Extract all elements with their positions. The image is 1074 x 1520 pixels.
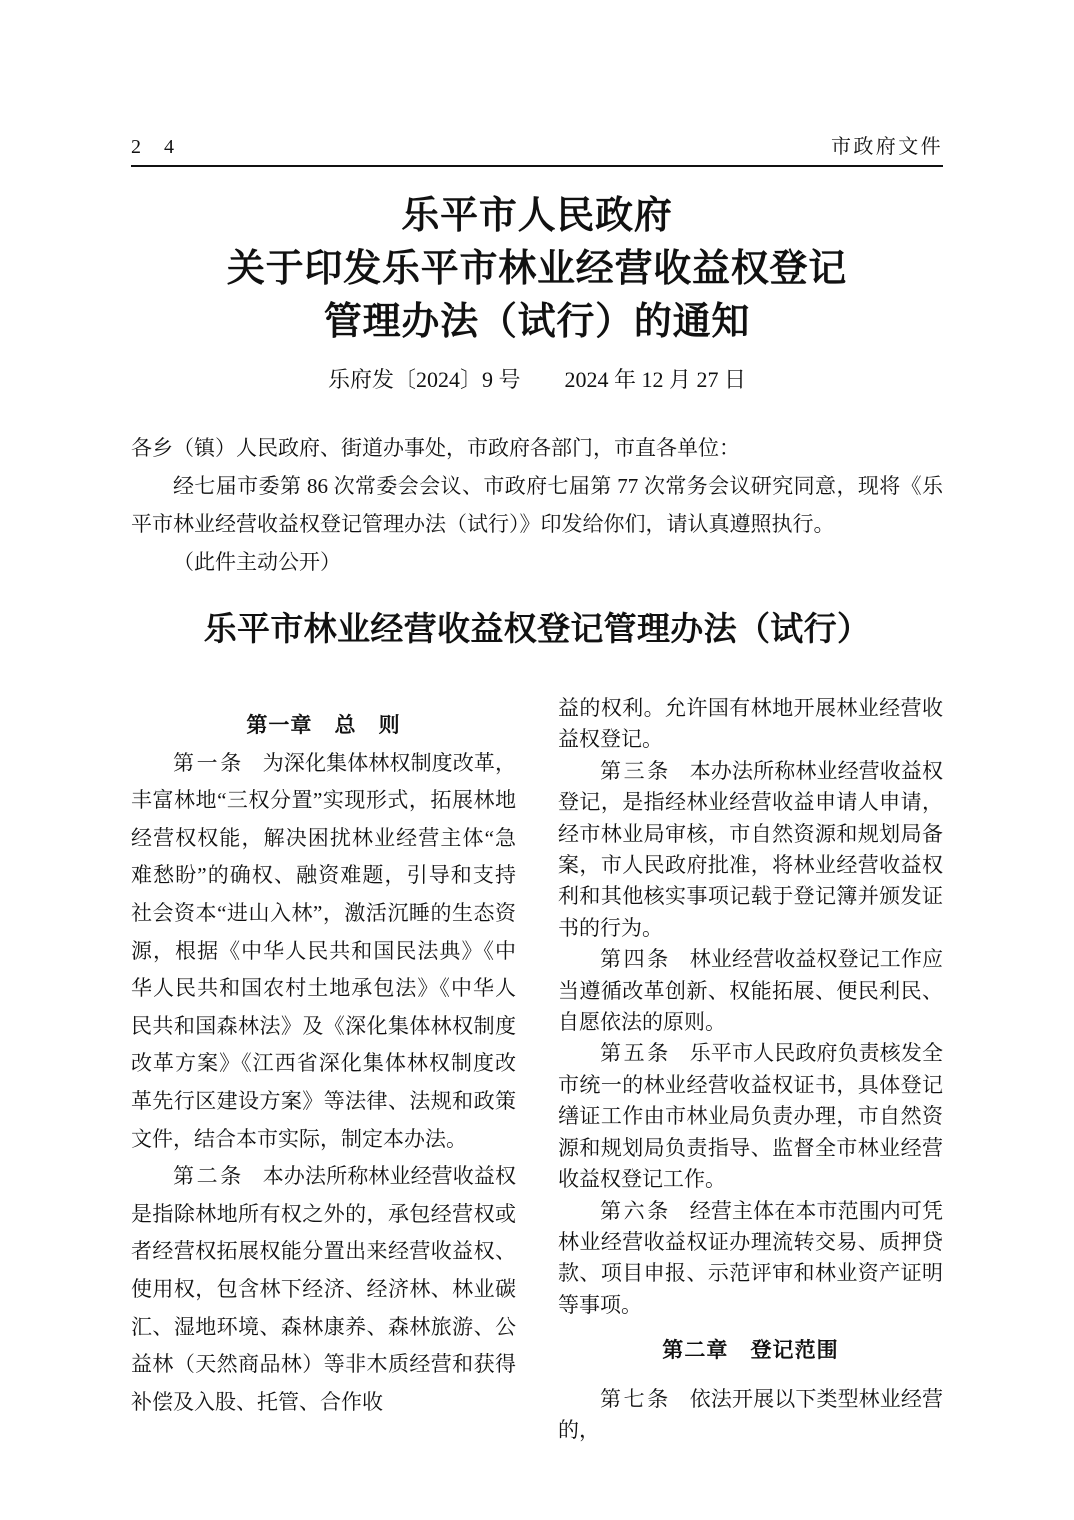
regulation-title: 乐平市林业经营收益权登记管理办法（试行） — [131, 607, 943, 651]
article-paragraph: 第一条为深化集体林权制度改革，丰富林地“三权分置”实现形式，拓展林地经营权权能，… — [131, 745, 516, 1159]
notice-body: 各乡（镇）人民政府、街道办事处，市政府各部门，市直各单位： 经七届市委第 86 … — [131, 429, 943, 581]
running-header: 2 4 市政府文件 — [131, 135, 943, 167]
notice-title-line-2: 关于印发乐平市林业经营收益权登记 — [131, 243, 943, 296]
article-number: 第六条 — [600, 1199, 671, 1223]
article-paragraph: 第二条本办法所称林业经营收益权是指除林地所有权之外的，承包经营权或者经营权拓展权… — [131, 1158, 516, 1421]
salutation: 各乡（镇）人民政府、街道办事处，市政府各部门，市直各单位： — [131, 429, 943, 467]
article-paragraph: 第六条经营主体在本市范围内可凭林业经营收益权证办理流转交易、质押贷款、项目申报、… — [558, 1196, 943, 1322]
publicity-note: （此件主动公开） — [131, 543, 943, 581]
header-doc-label: 市政府文件 — [831, 135, 943, 159]
right-column: 益的权利。允许国有林地开展林业经营收益权登记。第三条本办法所称林业经营收益权登记… — [558, 693, 943, 1446]
notice-title-line-3: 管理办法（试行）的通知 — [131, 296, 943, 349]
article-paragraph: 第七条依法开展以下类型林业经营的， — [558, 1384, 943, 1447]
document-page: 2 4 市政府文件 乐平市人民政府 关于印发乐平市林业经营收益权登记 管理办法（… — [0, 0, 1074, 1520]
article-paragraph: 第五条乐平市人民政府负责核发全市统一的林业经营收益权证书，具体登记缮证工作由市林… — [558, 1038, 943, 1195]
document-number-line: 乐府发〔2024〕9 号2024 年 12 月 27 日 — [131, 365, 943, 395]
chapter-heading: 第二章 登记范围 — [558, 1335, 943, 1366]
issue-date: 2024 年 12 月 27 日 — [565, 367, 747, 392]
article-paragraph: 第四条林业经营收益权登记工作应当遵循改革创新、权能拓展、便民利民、自愿依法的原则… — [558, 944, 943, 1038]
article-number: 第二条 — [173, 1164, 244, 1188]
article-paragraph: 第三条本办法所称林业经营收益权登记，是指经林业经营收益申请人申请，经市林业局审核… — [558, 756, 943, 944]
notice-paragraph: 经七届市委第 86 次常委会会议、市政府七届第 77 次常务会议研究同意，现将《… — [131, 467, 943, 543]
left-column: 第一章 总 则第一条为深化集体林权制度改革，丰富林地“三权分置”实现形式，拓展林… — [131, 693, 516, 1446]
article-number: 第七条 — [600, 1387, 671, 1411]
notice-title-line-1: 乐平市人民政府 — [131, 190, 943, 243]
article-number: 第四条 — [600, 947, 671, 971]
page-number: 2 4 — [131, 135, 183, 159]
paragraph-continuation: 益的权利。允许国有林地开展林业经营收益权登记。 — [558, 693, 943, 756]
article-number: 第一条 — [173, 751, 244, 775]
article-number: 第五条 — [600, 1041, 671, 1065]
regulation-columns: 第一章 总 则第一条为深化集体林权制度改革，丰富林地“三权分置”实现形式，拓展林… — [131, 693, 943, 1446]
document-content: 乐平市人民政府 关于印发乐平市林业经营收益权登记 管理办法（试行）的通知 乐府发… — [0, 0, 1074, 1446]
article-number: 第三条 — [600, 759, 671, 783]
document-number: 乐府发〔2024〕9 号 — [328, 367, 521, 392]
chapter-heading: 第一章 总 则 — [131, 707, 516, 745]
notice-title: 乐平市人民政府 关于印发乐平市林业经营收益权登记 管理办法（试行）的通知 — [131, 190, 943, 349]
